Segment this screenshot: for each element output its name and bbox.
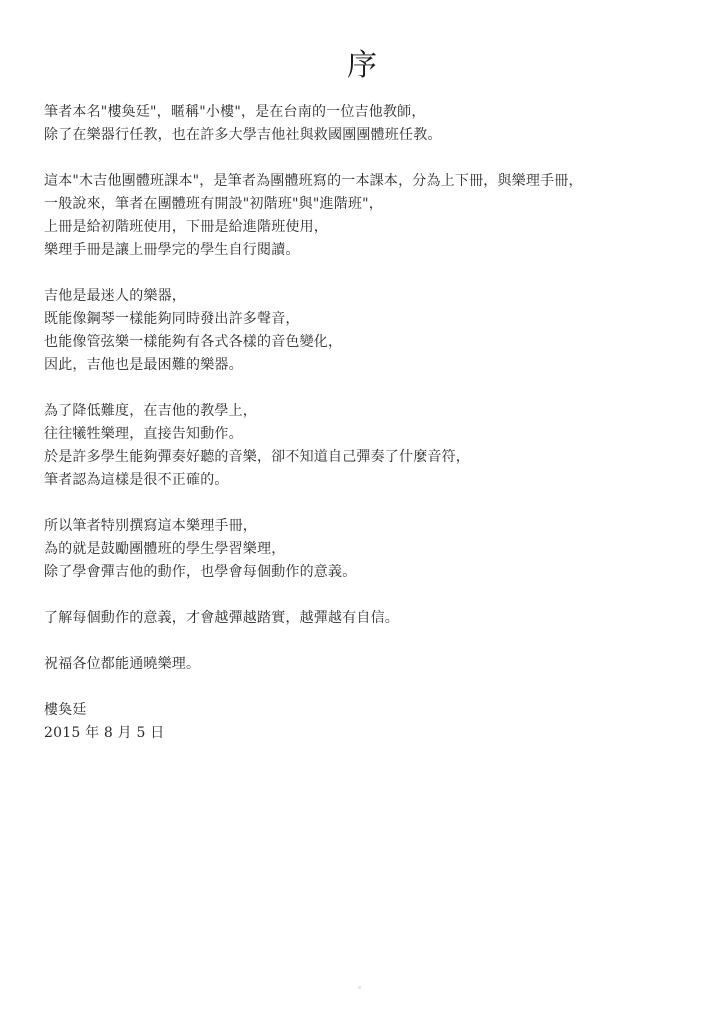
text-line: 筆者本名"樓奐廷"，暱稱"小樓"，是在台南的一位吉他教師， (44, 101, 684, 124)
text-line: 一般說來，筆者在團體班有開設"初階班"與"進階班"， (44, 193, 684, 216)
text-line: 也能像管弦樂一樣能夠有各式各樣的音色變化， (44, 331, 684, 354)
page-title: 序 (0, 46, 724, 86)
text-line: 了解每個動作的意義，才會越彈越踏實，越彈越有自信。 (44, 607, 684, 630)
text-line: 祝福各位都能通曉樂理。 (44, 653, 684, 676)
text-line: 除了學會彈吉他的動作，也學會每個動作的意義。 (44, 561, 684, 584)
text-line: 於是許多學生能夠彈奏好聽的音樂，卻不知道自己彈奏了什麼音符， (44, 446, 684, 469)
text-line: 樂理手冊是讓上冊學完的學生自行閱讀。 (44, 239, 684, 262)
text-line: 除了在樂器行任教，也在許多大學吉他社與救國團團體班任教。 (44, 124, 684, 147)
text-line: 所以筆者特別撰寫這本樂理手冊， (44, 515, 684, 538)
text-line: 往往犧牲樂理，直接告知動作。 (44, 423, 684, 446)
paragraph-teaching: 為了降低難度，在吉他的教學上， 往往犧牲樂理，直接告知動作。 於是許多學生能夠彈… (44, 400, 684, 492)
text-line: 為了降低難度，在吉他的教學上， (44, 400, 684, 423)
paragraph-purpose: 所以筆者特別撰寫這本樂理手冊， 為的就是鼓勵團體班的學生學習樂理， 除了學會彈吉… (44, 515, 684, 584)
text-line: 因此，吉他也是最困難的樂器。 (44, 354, 684, 377)
text-line: 吉他是最迷人的樂器， (44, 285, 684, 308)
text-line: 既能像鋼琴一樣能夠同時發出許多聲音， (44, 308, 684, 331)
signature-date: 2015 年 8 月 5 日 (44, 722, 684, 745)
author-name: 樓奐廷 (44, 699, 684, 722)
page-footer-mark (358, 986, 361, 989)
document-page: 序 筆者本名"樓奐廷"，暱稱"小樓"，是在台南的一位吉他教師， 除了在樂器行任教… (0, 0, 724, 1024)
text-line: 上冊是給初階班使用，下冊是給進階班使用， (44, 216, 684, 239)
text-line: 這本"木吉他團體班課本"，是筆者為團體班寫的一本課本，分為上下冊，與樂理手冊， (44, 170, 684, 193)
signature-block: 樓奐廷 2015 年 8 月 5 日 (44, 699, 684, 745)
paragraph-blessing: 祝福各位都能通曉樂理。 (44, 653, 684, 676)
paragraph-intro: 筆者本名"樓奐廷"，暱稱"小樓"，是在台南的一位吉他教師， 除了在樂器行任教，也… (44, 101, 684, 147)
text-line: 為的就是鼓勵團體班的學生學習樂理， (44, 538, 684, 561)
text-line: 筆者認為這樣是很不正確的。 (44, 469, 684, 492)
paragraph-guitar: 吉他是最迷人的樂器， 既能像鋼琴一樣能夠同時發出許多聲音， 也能像管弦樂一樣能夠… (44, 285, 684, 377)
paragraph-book-description: 這本"木吉他團體班課本"，是筆者為團體班寫的一本課本，分為上下冊，與樂理手冊， … (44, 170, 684, 262)
paragraph-confidence: 了解每個動作的意義，才會越彈越踏實，越彈越有自信。 (44, 607, 684, 630)
preface-body: 筆者本名"樓奐廷"，暱稱"小樓"，是在台南的一位吉他教師， 除了在樂器行任教，也… (44, 101, 684, 768)
